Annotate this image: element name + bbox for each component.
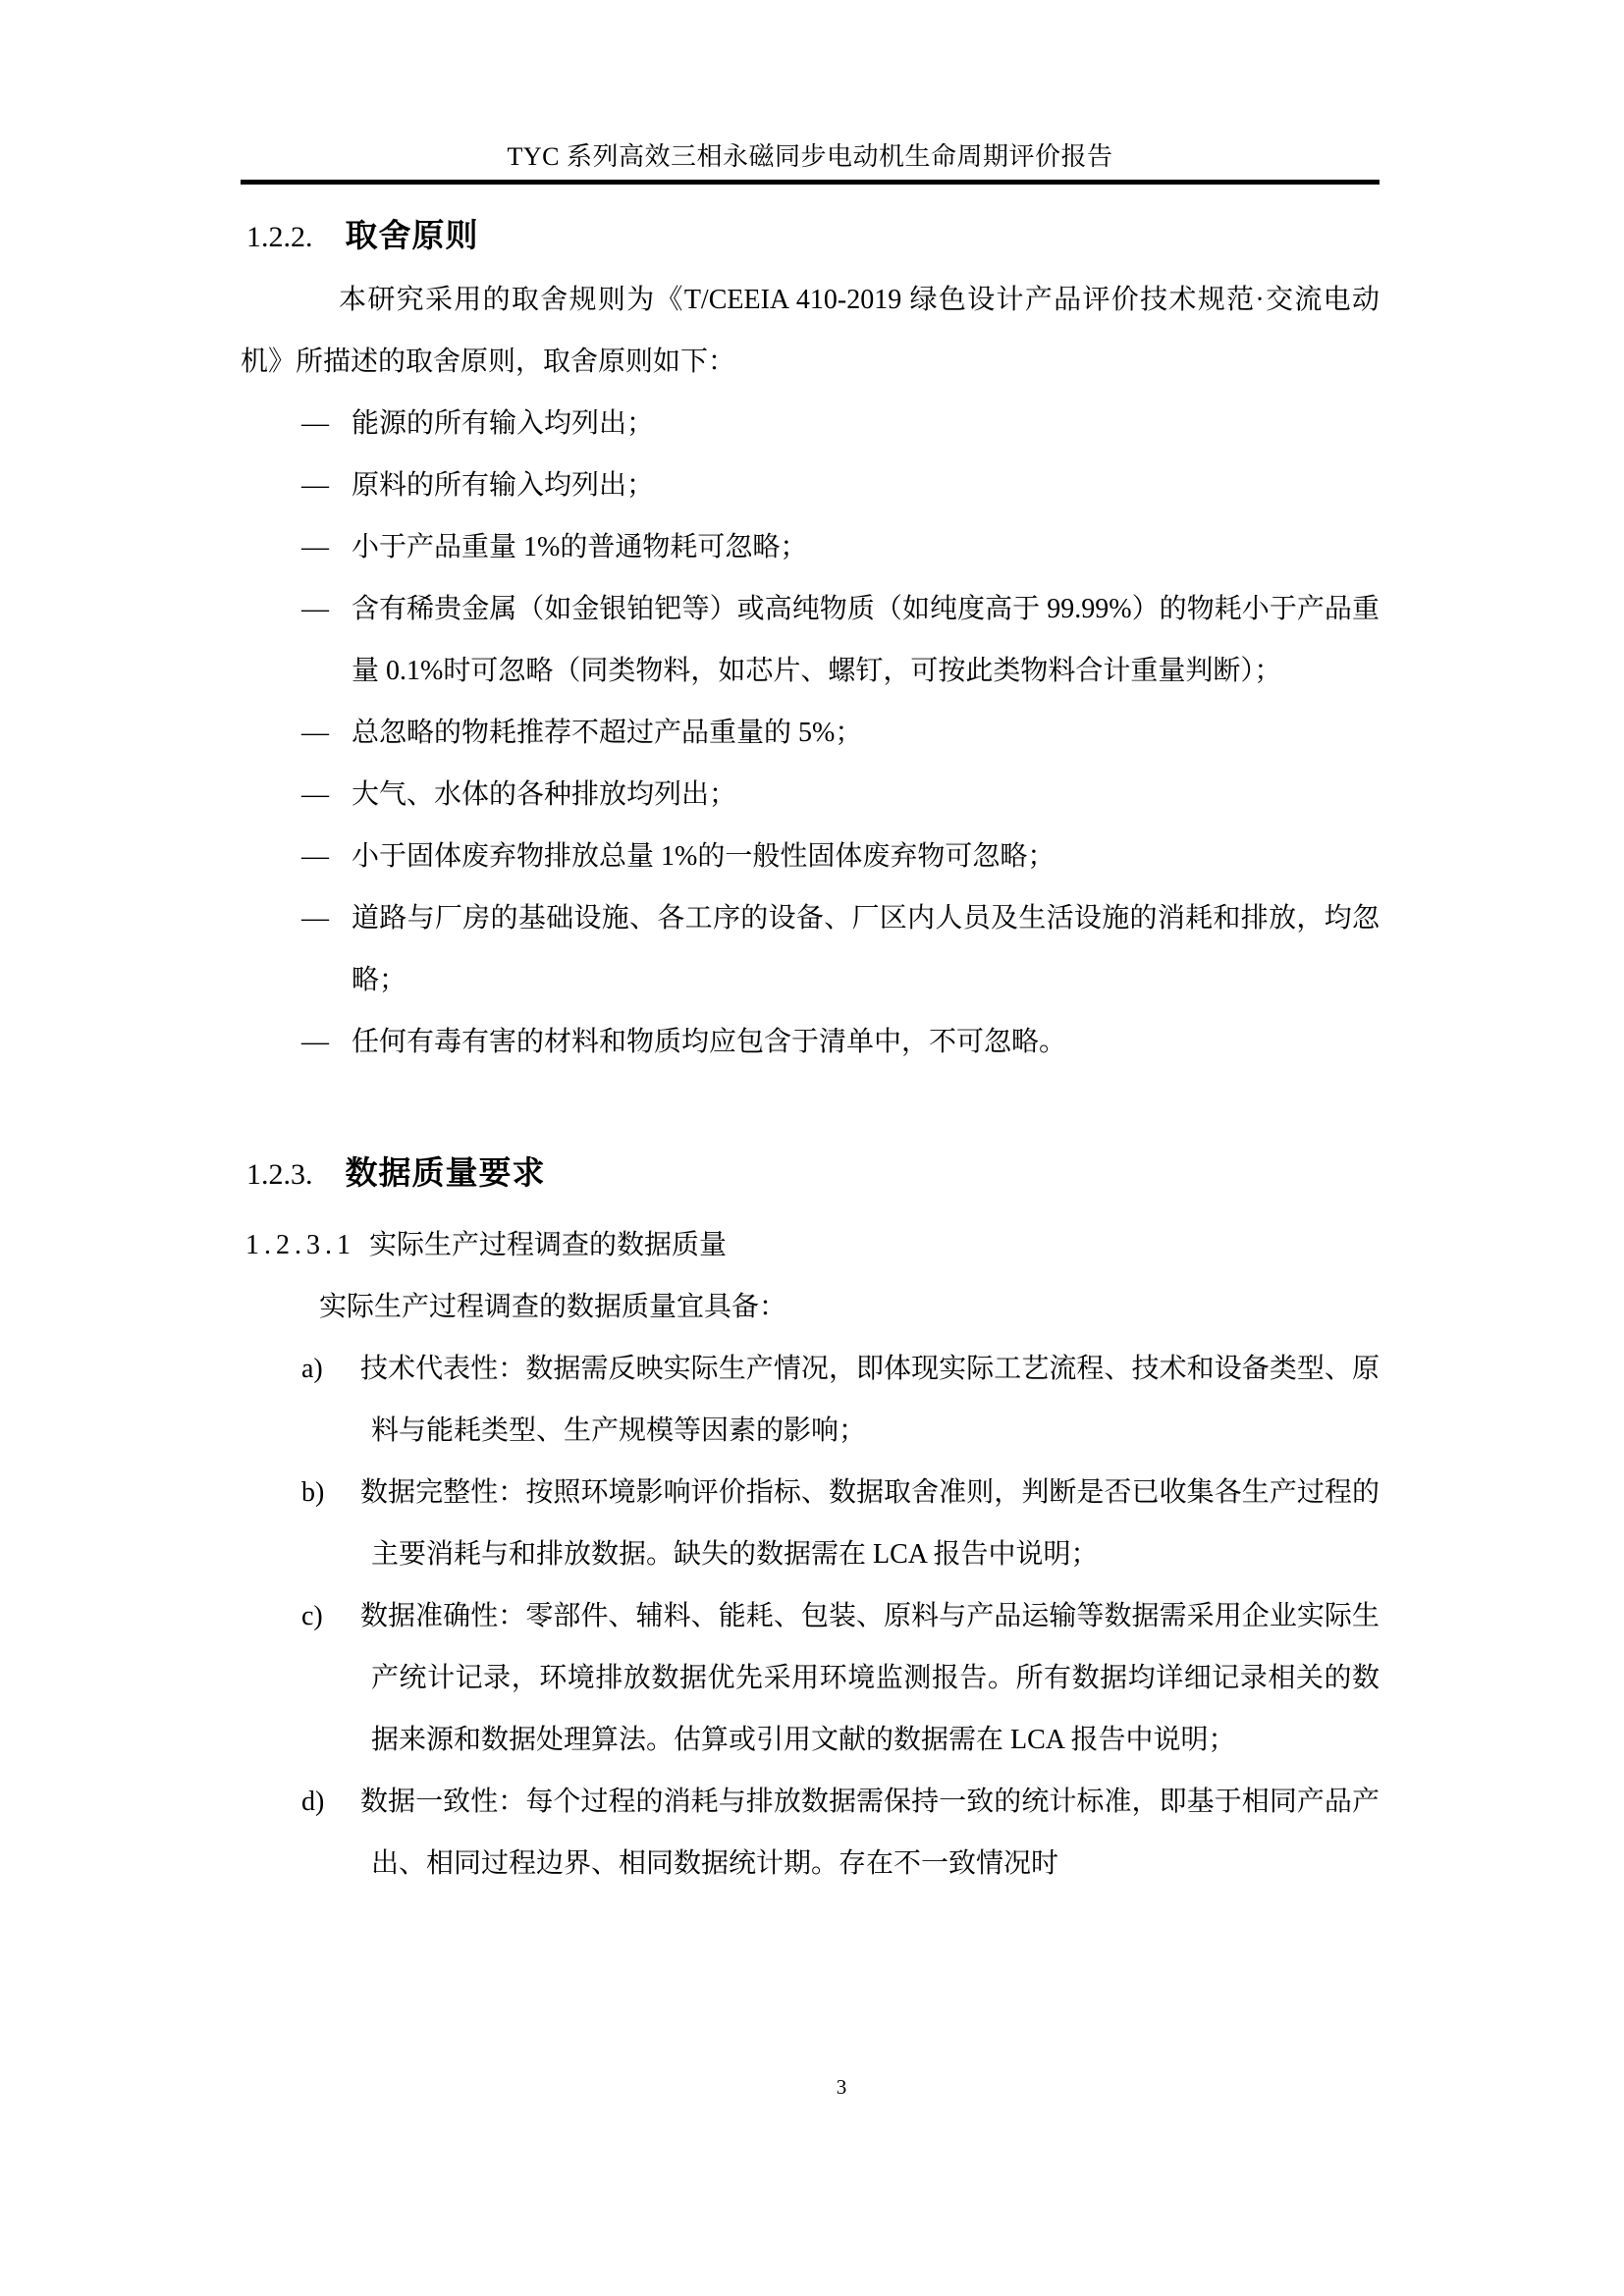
section-heading-1-2-3: 1.2.3.数据质量要求: [241, 1142, 1380, 1206]
lettered-list-item: a) 技术代表性：数据需反映实际生产情况，即体现实际工艺流程、技术和设备类型、原…: [241, 1338, 1380, 1462]
bullet-dash: —: [301, 764, 329, 826]
section-title: 数据质量要求: [346, 1154, 546, 1191]
subsection-heading-1-2-3-1: 1.2.3.1实际生产过程调查的数据质量: [241, 1214, 1380, 1276]
bullet-text: 含有稀贵金属（如金银铂钯等）或高纯物质（如纯度高于 99.99%）的物耗小于产品…: [352, 594, 1380, 686]
bullet-dash: —: [301, 1011, 329, 1073]
running-header-title: TYC 系列高效三相永磁同步电动机生命周期评价报告: [241, 137, 1380, 177]
list-marker: c): [301, 1585, 323, 1647]
section-title: 取舍原则: [346, 217, 479, 253]
subsection-number: 1.2.3.1: [245, 1230, 355, 1260]
document-page: TYC 系列高效三相永磁同步电动机生命周期评价报告 1.2.2.取舍原则 本研究…: [0, 0, 1624, 2296]
list-marker: d): [301, 1771, 324, 1833]
lettered-list-item: c) 数据准确性：零部件、辅料、能耗、包装、原料与产品运输等数据需采用企业实际生…: [241, 1585, 1380, 1771]
bullet-item: — 大气、水体的各种排放均列出；: [241, 764, 1380, 826]
bullet-dash: —: [301, 702, 329, 764]
page-content: TYC 系列高效三相永磁同步电动机生命周期评价报告 1.2.2.取舍原则 本研究…: [241, 0, 1380, 1895]
bullet-item: — 原料的所有输入均列出；: [241, 454, 1380, 516]
bullet-text: 小于产品重量 1%的普通物耗可忽略；: [352, 532, 807, 562]
bullet-text: 原料的所有输入均列出；: [352, 470, 654, 501]
list-marker: a): [301, 1338, 323, 1400]
bullet-item: — 含有稀贵金属（如金银铂钯等）或高纯物质（如纯度高于 99.99%）的物耗小于…: [241, 578, 1380, 702]
subsection-intro-paragraph: 实际生产过程调查的数据质量宜具备：: [241, 1276, 1380, 1338]
bullet-text: 小于固体废弃物排放总量 1%的一般性固体废弃物可忽略；: [352, 841, 1055, 872]
bullet-item: — 任何有毒有害的材料和物质均应包含于清单中，不可忽略。: [241, 1011, 1380, 1073]
bullet-text: 道路与厂房的基础设施、各工序的设备、厂区内人员及生活设施的消耗和排放，均忽略；: [352, 903, 1380, 995]
bullet-item: — 小于产品重量 1%的普通物耗可忽略；: [241, 516, 1380, 578]
bullet-dash: —: [301, 578, 329, 640]
list-marker: b): [301, 1462, 324, 1523]
bullet-dash: —: [301, 516, 329, 578]
bullet-item: — 总忽略的物耗推荐不超过产品重量的 5%；: [241, 702, 1380, 764]
subsection-title: 实际生产过程调查的数据质量: [369, 1230, 727, 1260]
bullet-item: — 能源的所有输入均列出；: [241, 393, 1380, 454]
bullet-item: — 道路与厂房的基础设施、各工序的设备、厂区内人员及生活设施的消耗和排放，均忽略…: [241, 887, 1380, 1011]
section-heading-1-2-2: 1.2.2.取舍原则: [241, 204, 1380, 269]
page-header: TYC 系列高效三相永磁同步电动机生命周期评价报告: [241, 0, 1380, 185]
list-item-text: 数据完整性：按照环境影响评价指标、数据取舍准则，判断是否已收集各生产过程的主要消…: [360, 1477, 1380, 1570]
list-item-text: 数据一致性：每个过程的消耗与排放数据需保持一致的统计标准，即基于相同产品产出、相…: [360, 1787, 1380, 1879]
bullet-text: 任何有毒有害的材料和物质均应包含于清单中，不可忽略。: [352, 1027, 1066, 1057]
bullet-item: — 小于固体废弃物排放总量 1%的一般性固体废弃物可忽略；: [241, 826, 1380, 887]
section-number: 1.2.3.: [246, 1158, 313, 1191]
list-item-text: 技术代表性：数据需反映实际生产情况，即体现实际工艺流程、技术和设备类型、原料与能…: [360, 1354, 1380, 1446]
bullet-text: 大气、水体的各种排放均列出；: [352, 779, 736, 810]
bullet-dash: —: [301, 393, 329, 454]
bullet-dash: —: [301, 887, 329, 949]
bullet-dash: —: [301, 454, 329, 516]
bullet-text: 总忽略的物耗推荐不超过产品重量的 5%；: [352, 718, 862, 748]
section-number: 1.2.2.: [246, 221, 313, 253]
bullet-dash: —: [301, 826, 329, 887]
lettered-list-item: d) 数据一致性：每个过程的消耗与排放数据需保持一致的统计标准，即基于相同产品产…: [241, 1771, 1380, 1895]
section-intro-paragraph: 本研究采用的取舍规则为《T/CEEIA 410-2019 绿色设计产品评价技术规…: [241, 269, 1380, 393]
lettered-list-item: b) 数据完整性：按照环境影响评价指标、数据取舍准则，判断是否已收集各生产过程的…: [241, 1462, 1380, 1585]
page-number: 3: [59, 2065, 1624, 2109]
list-item-text: 数据准确性：零部件、辅料、能耗、包装、原料与产品运输等数据需采用企业实际生产统计…: [360, 1601, 1380, 1755]
bullet-text: 能源的所有输入均列出；: [352, 408, 654, 439]
